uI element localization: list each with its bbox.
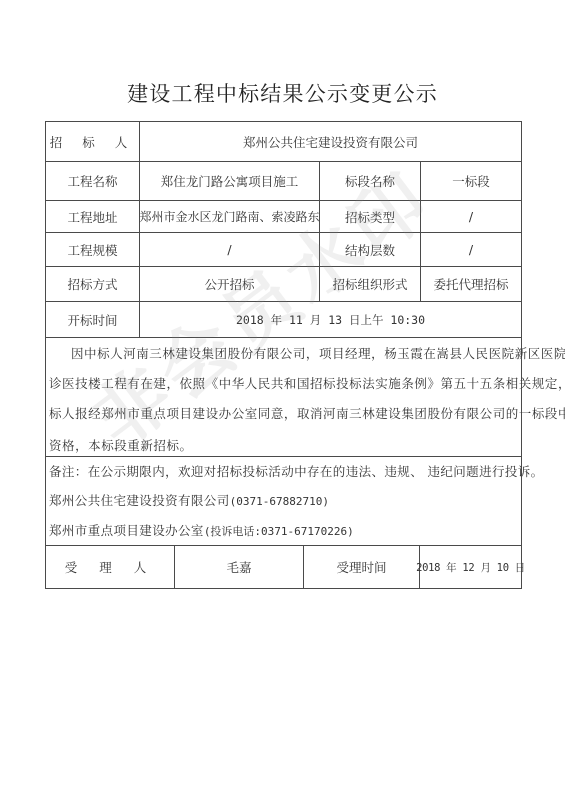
remarks-note: 备注：在公示期限内，欢迎对招标投标活动中存在的违法、违规、 违纪问题进行投诉。 xyxy=(49,462,544,480)
project-name-value: 郑住龙门路公寓项目施工 xyxy=(140,162,319,200)
project-address-value: 郑州市金水区龙门路南、索凌路东 xyxy=(140,201,319,232)
project-address-label: 工程地址 xyxy=(46,201,139,232)
notice-paragraph: 因中标人河南三林建设集团股份有限公司，项目经理，杨玉霞在嵩县人民医院新区医院门 … xyxy=(49,339,519,461)
contact-tenderer-name: 郑州公共住宅建设投资有限公司 xyxy=(49,493,230,508)
tender-org-form-label: 招标组织形式 xyxy=(320,267,420,301)
tender-method-label: 招标方式 xyxy=(46,267,139,301)
project-scale-value: / xyxy=(140,233,319,266)
contact-office-phone: (投诉电话:0371-67170226) xyxy=(204,525,354,538)
notice-line: 标人报经郑州市重点项目建设办公室同意，取消河南三林建设集团股份有限公司的一标段中… xyxy=(49,399,519,429)
tender-type-label: 招标类型 xyxy=(320,201,420,232)
contact-office: 郑州市重点项目建设办公室(投诉电话:0371-67170226) xyxy=(49,521,354,539)
notice-line: 资格，本标段重新招标。 xyxy=(49,431,519,461)
notice-line: 因中标人河南三林建设集团股份有限公司，项目经理，杨玉霞在嵩县人民医院新区医院门 xyxy=(49,339,519,369)
handle-time-value: 2018 年 12 月 10 日 xyxy=(420,546,521,588)
tender-type-value: / xyxy=(421,201,521,232)
remarks-block: 备注：在公示期限内，欢迎对招标投标活动中存在的违法、违规、 违纪问题进行投诉。 … xyxy=(49,458,519,544)
structure-floors-label: 结构层数 xyxy=(320,233,420,266)
contact-tenderer: 郑州公共住宅建设投资有限公司(0371-67882710) xyxy=(49,491,329,509)
table-border-bottom xyxy=(45,588,522,589)
tender-method-value: 公开招标 xyxy=(140,267,319,301)
structure-floors-value: / xyxy=(421,233,521,266)
section-name-value: 一标段 xyxy=(421,162,521,200)
handle-time-label: 受理时间 xyxy=(304,546,419,588)
bid-open-time-value: 2018 年 11 月 13 日上午 10:30 xyxy=(140,302,521,337)
section-name-label: 标段名称 xyxy=(320,162,420,200)
tender-org-form-value: 委托代理招标 xyxy=(421,267,521,301)
bid-open-time-label: 开标时间 xyxy=(46,302,139,337)
document-title: 建设工程中标结果公示变更公示 xyxy=(0,80,565,108)
contact-tenderer-phone: (0371-67882710) xyxy=(230,495,329,508)
contact-office-name: 郑州市重点项目建设办公室 xyxy=(49,523,204,538)
handler-label: 受 理 人 xyxy=(46,546,174,588)
project-name-label: 工程名称 xyxy=(46,162,139,200)
handler-value: 毛嘉 xyxy=(175,546,303,588)
row-divider xyxy=(45,337,522,338)
project-scale-label: 工程规模 xyxy=(46,233,139,266)
tenderer-value: 郑州公共住宅建设投资有限公司 xyxy=(140,122,521,161)
tenderer-label: 招 标 人 xyxy=(46,122,139,161)
notice-line: 诊医技楼工程有在建，依照《中华人民共和国招标投标法实施条例》第五十五条相关规定，… xyxy=(49,369,519,399)
